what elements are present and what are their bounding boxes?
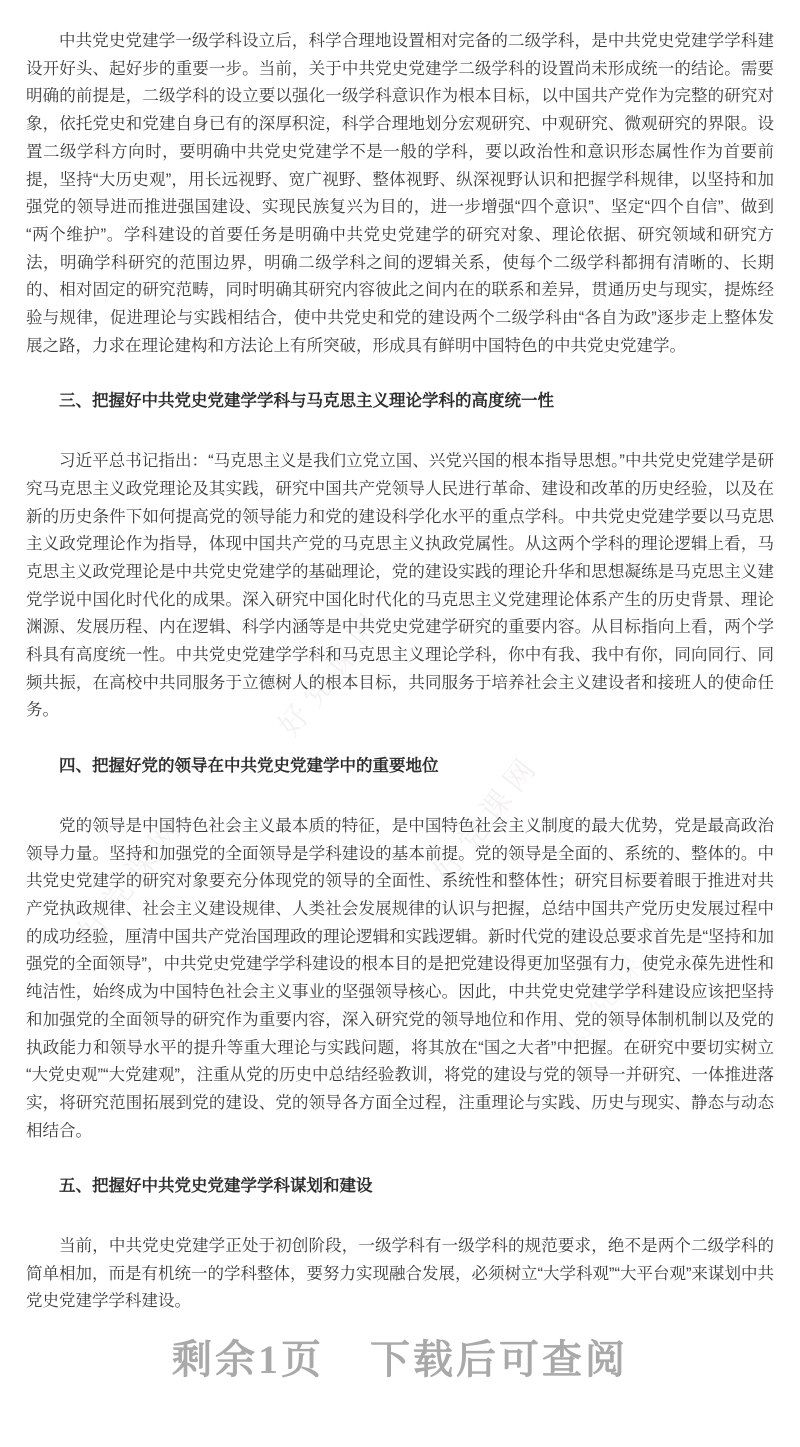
preview-footer: 剩余1页下载后可查阅 bbox=[0, 1336, 800, 1384]
paragraph-party-leadership: 党的领导是中国特色社会主义最本质的特征，是中国特色社会主义制度的最大优势，党是最… bbox=[26, 813, 774, 1145]
download-hint-label: 下载后可查阅 bbox=[370, 1337, 628, 1382]
document-page: 好党课网 好党课网 好党课网 好党课网 中共党史党建学一级学科设立后，科学合理地… bbox=[0, 0, 800, 1447]
paragraph-marxism-unity: 习近平总书记指出：“马克思主义是我们立党立国、兴党兴国的根本指导思想。”中共党史… bbox=[26, 448, 774, 725]
paragraph-discipline-setup: 中共党史党建学一级学科设立后，科学合理地设置相对完备的二级学科，是中共党史党建学… bbox=[26, 28, 774, 360]
pages-remaining-label: 剩余1页 bbox=[172, 1337, 324, 1382]
section-heading-4: 四、把握好党的领导在中共党史党建学中的重要地位 bbox=[26, 753, 774, 781]
document-content: 中共党史党建学一级学科设立后，科学合理地设置相对完备的二级学科，是中共党史党建学… bbox=[0, 0, 800, 1316]
paragraph-discipline-planning: 当前，中共党史党建学正处于初创阶段，一级学科有一级学科的规范要求，绝不是两个二级… bbox=[26, 1233, 774, 1316]
section-heading-3: 三、把握好中共党史党建学学科与马克思主义理论学科的高度统一性 bbox=[26, 388, 774, 416]
section-heading-5: 五、把握好中共党史党建学学科谋划和建设 bbox=[26, 1173, 774, 1201]
